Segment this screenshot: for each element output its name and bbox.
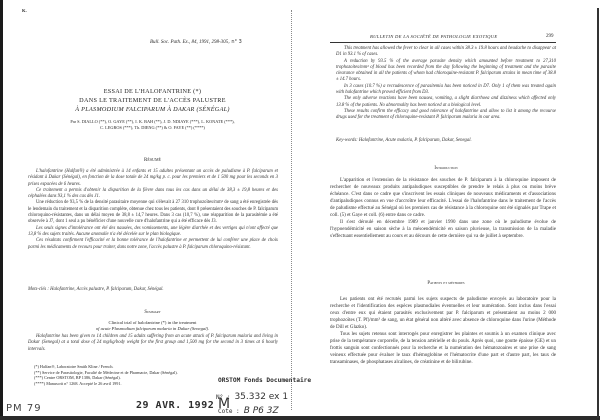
summary-heading: Summary: [20, 310, 285, 315]
scan-edge-right: [597, 8, 599, 418]
methods-body: Les patients ont été recrutés parmi les …: [330, 296, 556, 366]
stamp-cote-label: Cote :: [218, 408, 240, 415]
corner-mark: K.: [22, 8, 27, 14]
page-number: 299: [546, 34, 554, 39]
title-line-1: ESSAI DE L'HALOFANTRINE (*): [20, 87, 285, 96]
title-line-2: DANS LE TRAITEMENT DE L'ACCÈS PALUSTRE: [20, 96, 285, 105]
page-gutter: [291, 10, 292, 410]
resume-paragraph: Les seuls signes d'intolérance ont été d…: [28, 226, 278, 239]
intro-paragraph: Il s'est déroulé en décembre 1989 et jan…: [330, 219, 556, 240]
summary-paragraph: This treatment has allowed the fever to …: [336, 46, 556, 59]
scan-edge-left: [0, 0, 3, 420]
resume-body: L'halofantrine (Halfan®) a été administr…: [28, 169, 278, 251]
authors: Par S. DIALLO (**), O. GAYE (**), I. K. …: [15, 119, 290, 131]
resume-paragraph: Une réduction de 93,5 % de la densité pa…: [28, 200, 278, 225]
authors-line-2: C. LEGROS (***), Th. DIENG (**) & O. FAY…: [15, 125, 290, 131]
resume-heading: Résumé: [20, 157, 285, 163]
stamp-line-3: Cote : B P6 3Z: [218, 400, 279, 418]
keywords-fr: Mots-clés : Halofantrine, Accès palustre…: [28, 287, 278, 293]
running-head: BULLETIN DE LA SOCIÉTÉ DE PATHOLOGIE EXO…: [370, 34, 498, 39]
summary-paragraph: The only adverse reactions have been nau…: [336, 96, 556, 109]
summary-continued: This treatment has allowed the fever to …: [336, 46, 556, 122]
methods-paragraph: Les patients ont été recrutés parmi les …: [330, 296, 556, 331]
scan-edge-bottom: [0, 416, 600, 420]
title-line-3: À PLASMODIUM FALCIPARUM À DAKAR (SÉNÉGAL…: [20, 105, 285, 114]
intro-paragraph: L'apparition et l'extension de la résist…: [330, 177, 556, 219]
stamp-date: 29 AVR. 1992: [136, 400, 214, 411]
methods-heading: Patients et méthodes: [336, 281, 556, 286]
summary-paragraph: In 3 cases (10.7 %) a recrudescence of p…: [336, 84, 556, 97]
header-rule-right: [542, 42, 556, 43]
summary-body: Halofantrine has been given to 14 childr…: [28, 334, 278, 353]
stamp-cote-value: B P6 3Z: [244, 406, 279, 416]
header-rule-left: [330, 42, 555, 43]
handwritten-code: PM 79: [6, 403, 42, 414]
intro-body: L'apparition et l'extension de la résist…: [330, 177, 556, 240]
summary-subtitle: Clinical trial of halofantrine (*) in th…: [20, 320, 285, 332]
summary-paragraph: A reduction by 93.5 % of the average par…: [336, 59, 556, 84]
summary-paragraph: These results confirm the efficacy and g…: [336, 109, 556, 122]
article-title: ESSAI DE L'HALOFANTRINE (*) DANS LE TRAI…: [20, 87, 285, 114]
resume-paragraph: L'halofantrine (Halfan®) a été administr…: [28, 169, 278, 188]
citation-text: Bull. Soc. Path. Ex., 84, 1991, 298-305: [150, 40, 228, 45]
resume-paragraph: Ce traitement a permis d'obtenir la disp…: [28, 188, 278, 201]
stamp-line-1: ORSTOM Fonds Documentaire: [218, 377, 311, 384]
summary-subtitle-line-2: of acute Plasmodium falciparum malaria i…: [20, 326, 285, 332]
methods-paragraph: Tous les sujets retenus sont interrogés …: [330, 331, 556, 366]
issue-handwritten: , n° 3: [228, 39, 242, 45]
keywords-en: Key-words: Halofantrine, Acute malaria, …: [336, 138, 556, 144]
intro-heading: Introduction: [336, 166, 556, 171]
citation: Bull. Soc. Path. Ex., 84, 1991, 298-305,…: [150, 39, 242, 45]
resume-paragraph: Ces résultats confirment l'efficacité et…: [28, 238, 278, 251]
